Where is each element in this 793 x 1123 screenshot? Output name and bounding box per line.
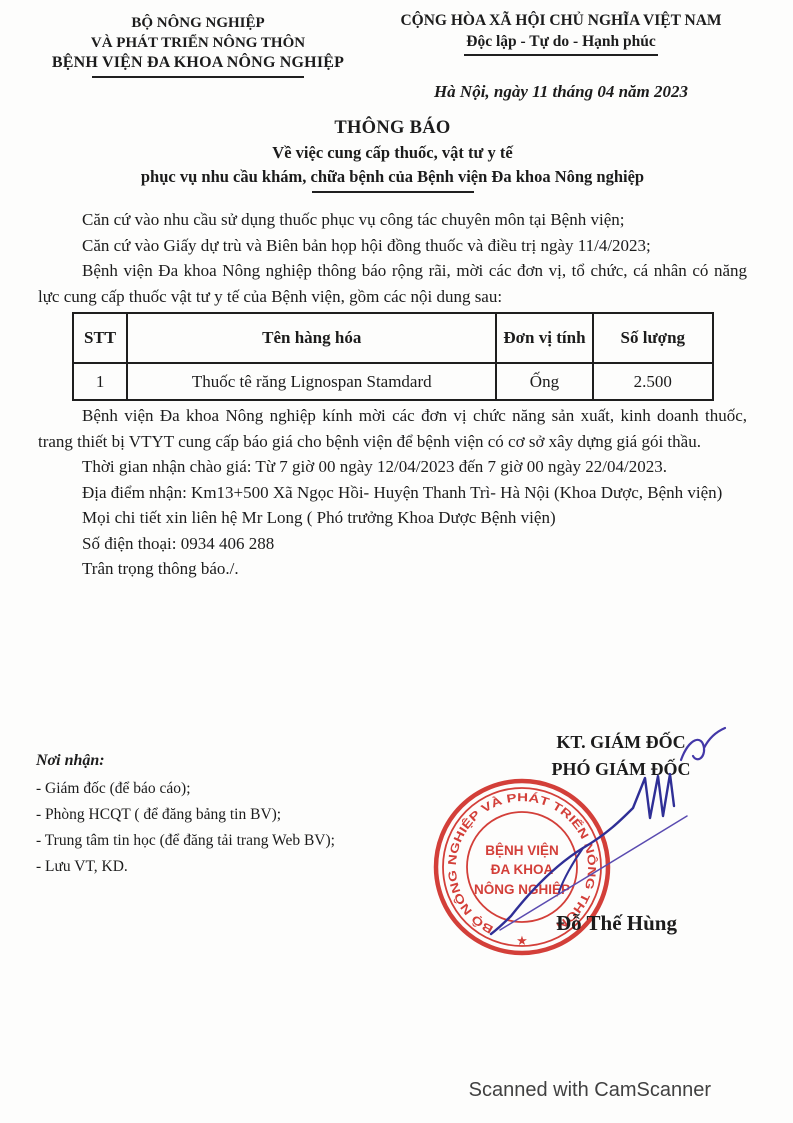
paragraph-closing: Trân trọng thông báo./.	[38, 556, 747, 582]
cell-so-luong: 2.500	[593, 363, 713, 400]
paragraph-can-cu-1: Căn cứ vào nhu cầu sử dụng thuốc phục vụ…	[38, 207, 747, 233]
camscanner-watermark: Scanned with CamScanner	[469, 1079, 711, 1102]
scanned-document-page: BỘ NÔNG NGHIỆP VÀ PHÁT TRIỂN NÔNG THÔN B…	[0, 0, 793, 1123]
document-flow: BỘ NÔNG NGHIỆP VÀ PHÁT TRIỂN NÔNG THÔN B…	[0, 0, 793, 582]
recipients-label: Nơi nhận:	[36, 748, 335, 774]
document-subtitle-1: Về việc cung cấp thuốc, vật tư y tế	[38, 143, 747, 163]
table-header-row: STT Tên hàng hóa Đơn vị tính Số lượng	[73, 313, 713, 363]
signer-name: Đỗ Thế Hùng	[556, 911, 677, 936]
col-header-stt: STT	[73, 313, 127, 363]
document-header: BỘ NÔNG NGHIỆP VÀ PHÁT TRIỂN NÔNG THÔN B…	[38, 10, 747, 102]
document-body: Căn cứ vào nhu cầu sử dụng thuốc phục vụ…	[38, 207, 747, 582]
table-row: 1 Thuốc tê răng Lignospan Stamdard Ống 2…	[73, 363, 713, 400]
document-title: THÔNG BÁO	[38, 118, 747, 139]
issuing-org-block: BỘ NÔNG NGHIỆP VÀ PHÁT TRIỂN NÔNG THÔN B…	[38, 10, 358, 78]
national-motto-block: CỘNG HÒA XÃ HỘI CHỦ NGHĨA VIỆT NAM Độc l…	[375, 10, 747, 102]
recipient-item-luu: - Lưu VT, KD.	[36, 854, 335, 880]
recipients-block: Nơi nhận: - Giám đốc (để báo cáo); - Phò…	[36, 748, 335, 880]
col-header-don-vi-tinh: Đơn vị tính	[496, 313, 592, 363]
paragraph-address: Địa điểm nhận: Km13+500 Xã Ngọc Hồi- Huy…	[38, 480, 747, 506]
paragraph-phone: Số điện thoại: 0934 406 288	[38, 531, 747, 557]
cell-stt: 1	[73, 363, 127, 400]
org-hospital-name: BỆNH VIỆN ĐA KHOA NÔNG NGHIỆP	[38, 53, 358, 74]
national-title: CỘNG HÒA XÃ HỘI CHỦ NGHĨA VIỆT NAM	[375, 12, 747, 30]
col-header-so-luong: Số lượng	[593, 313, 713, 363]
cell-ten-hang-hoa: Thuốc tê răng Lignospan Stamdard	[127, 363, 496, 400]
pen-flourish	[676, 726, 728, 772]
national-motto: Độc lập - Tự do - Hạnh phúc	[464, 33, 657, 56]
flourish-stroke	[681, 728, 725, 760]
paragraph-can-cu-2: Căn cứ vào Giấy dự trù và Biên bản họp h…	[38, 233, 747, 259]
paragraph-time: Thời gian nhận chào giá: Từ 7 giờ 00 ngà…	[38, 454, 747, 480]
recipient-item-trung-tam-tin-hoc: - Trung tâm tin học (để đăng tải trang W…	[36, 828, 335, 854]
signature-main-stroke	[491, 774, 674, 934]
org-ministry-line: BỘ NÔNG NGHIỆP	[38, 14, 358, 34]
col-header-ten-hang-hoa: Tên hàng hóa	[127, 313, 496, 363]
date-line: Hà Nội, ngày 11 tháng 04 năm 2023	[375, 82, 747, 102]
cell-don-vi-tinh: Ống	[496, 363, 592, 400]
recipient-item-phong-hcqt: - Phòng HCQT ( để đăng bảng tin BV);	[36, 802, 335, 828]
title-block: THÔNG BÁO Về việc cung cấp thuốc, vật tư…	[38, 118, 747, 193]
goods-table: STT Tên hàng hóa Đơn vị tính Số lượng 1 …	[72, 312, 714, 401]
paragraph-invitation: Bệnh viện Đa khoa Nông nghiệp kính mời c…	[38, 403, 747, 454]
document-subtitle-2: phục vụ nhu cầu khám, chữa bệnh của Bệnh…	[38, 167, 747, 187]
org-underline	[92, 76, 304, 78]
org-ministry-line2: VÀ PHÁT TRIỂN NÔNG THÔN	[38, 34, 358, 54]
recipient-item-giam-doc: - Giám đốc (để báo cáo);	[36, 776, 335, 802]
paragraph-contact: Mọi chi tiết xin liên hệ Mr Long ( Phó t…	[38, 505, 747, 531]
paragraph-announcement: Bệnh viện Đa khoa Nông nghiệp thông báo …	[38, 258, 747, 309]
subtitle-underline	[312, 191, 474, 193]
